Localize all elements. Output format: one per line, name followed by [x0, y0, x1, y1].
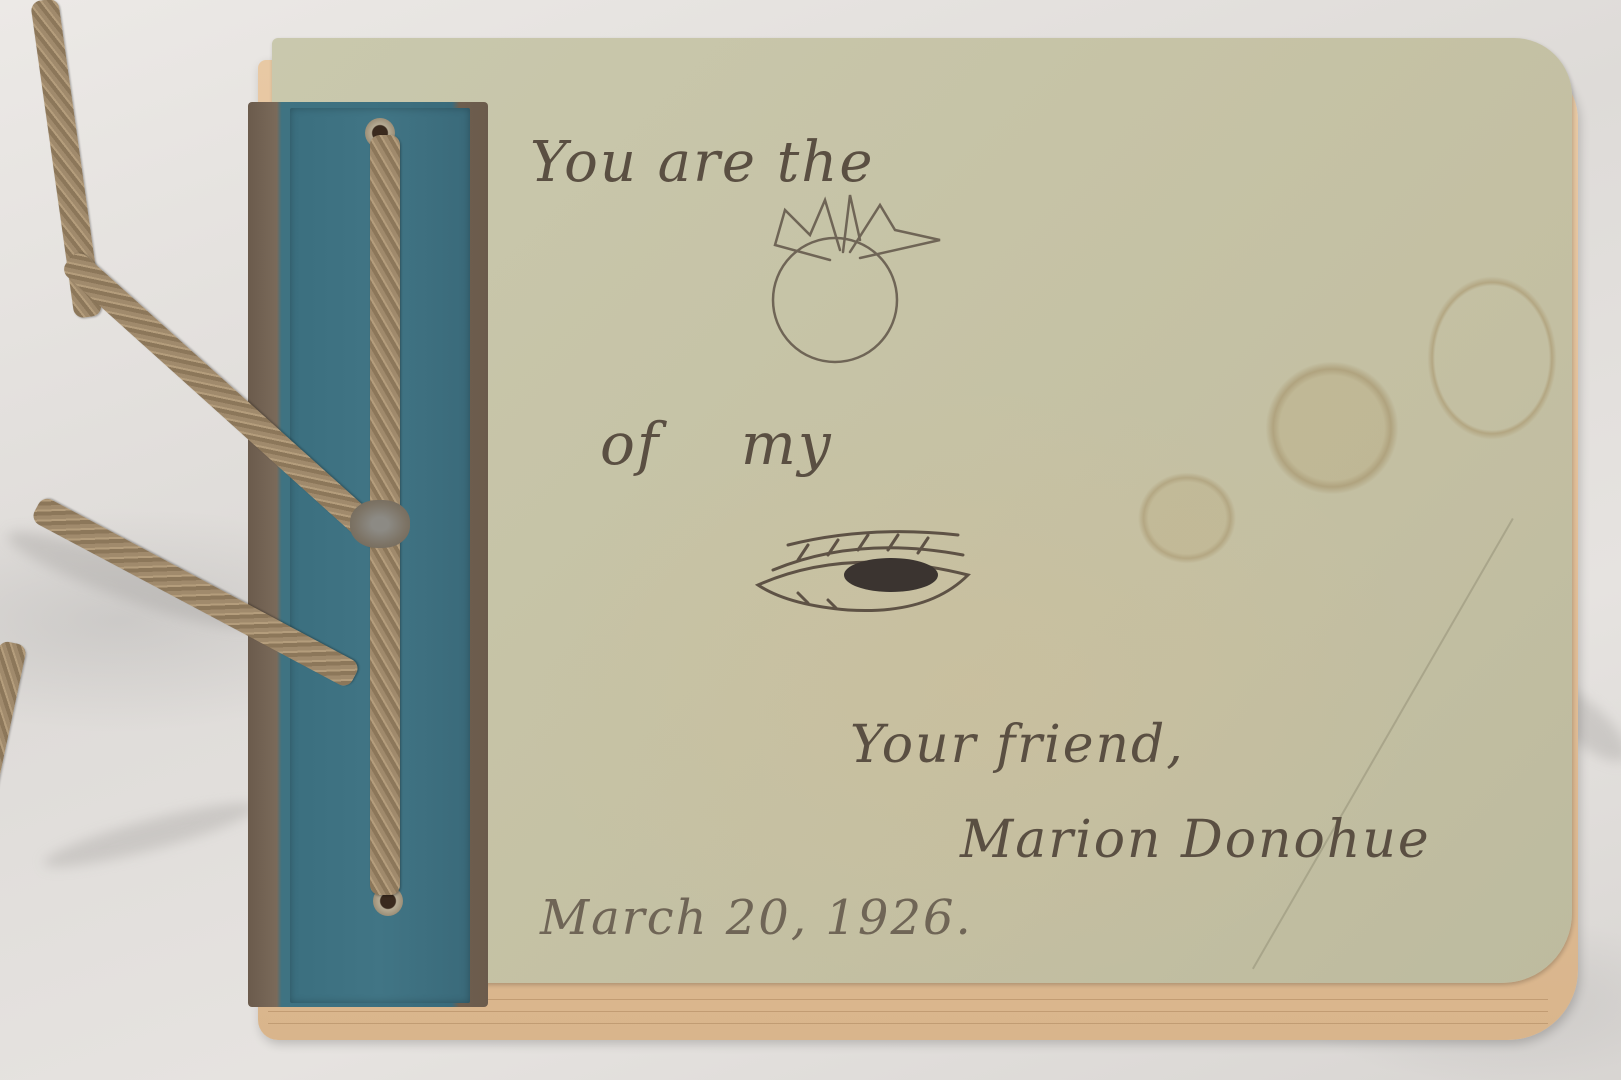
marble-vein — [40, 792, 260, 878]
closing-line: Your friend, — [850, 715, 1185, 775]
eye-pupil — [844, 558, 938, 592]
inscription-line-1: You are the — [530, 130, 875, 195]
marble-vein — [1, 517, 259, 644]
signature: Marion Donohue — [960, 810, 1431, 870]
binding-cord-tail — [0, 640, 27, 920]
eye-drawing-icon — [728, 505, 978, 615]
date-line: March 20, 1926. — [540, 890, 973, 946]
beet-drawing-icon — [755, 190, 955, 370]
inscription-line-2: of my — [600, 410, 833, 478]
cord-knot — [350, 500, 410, 548]
